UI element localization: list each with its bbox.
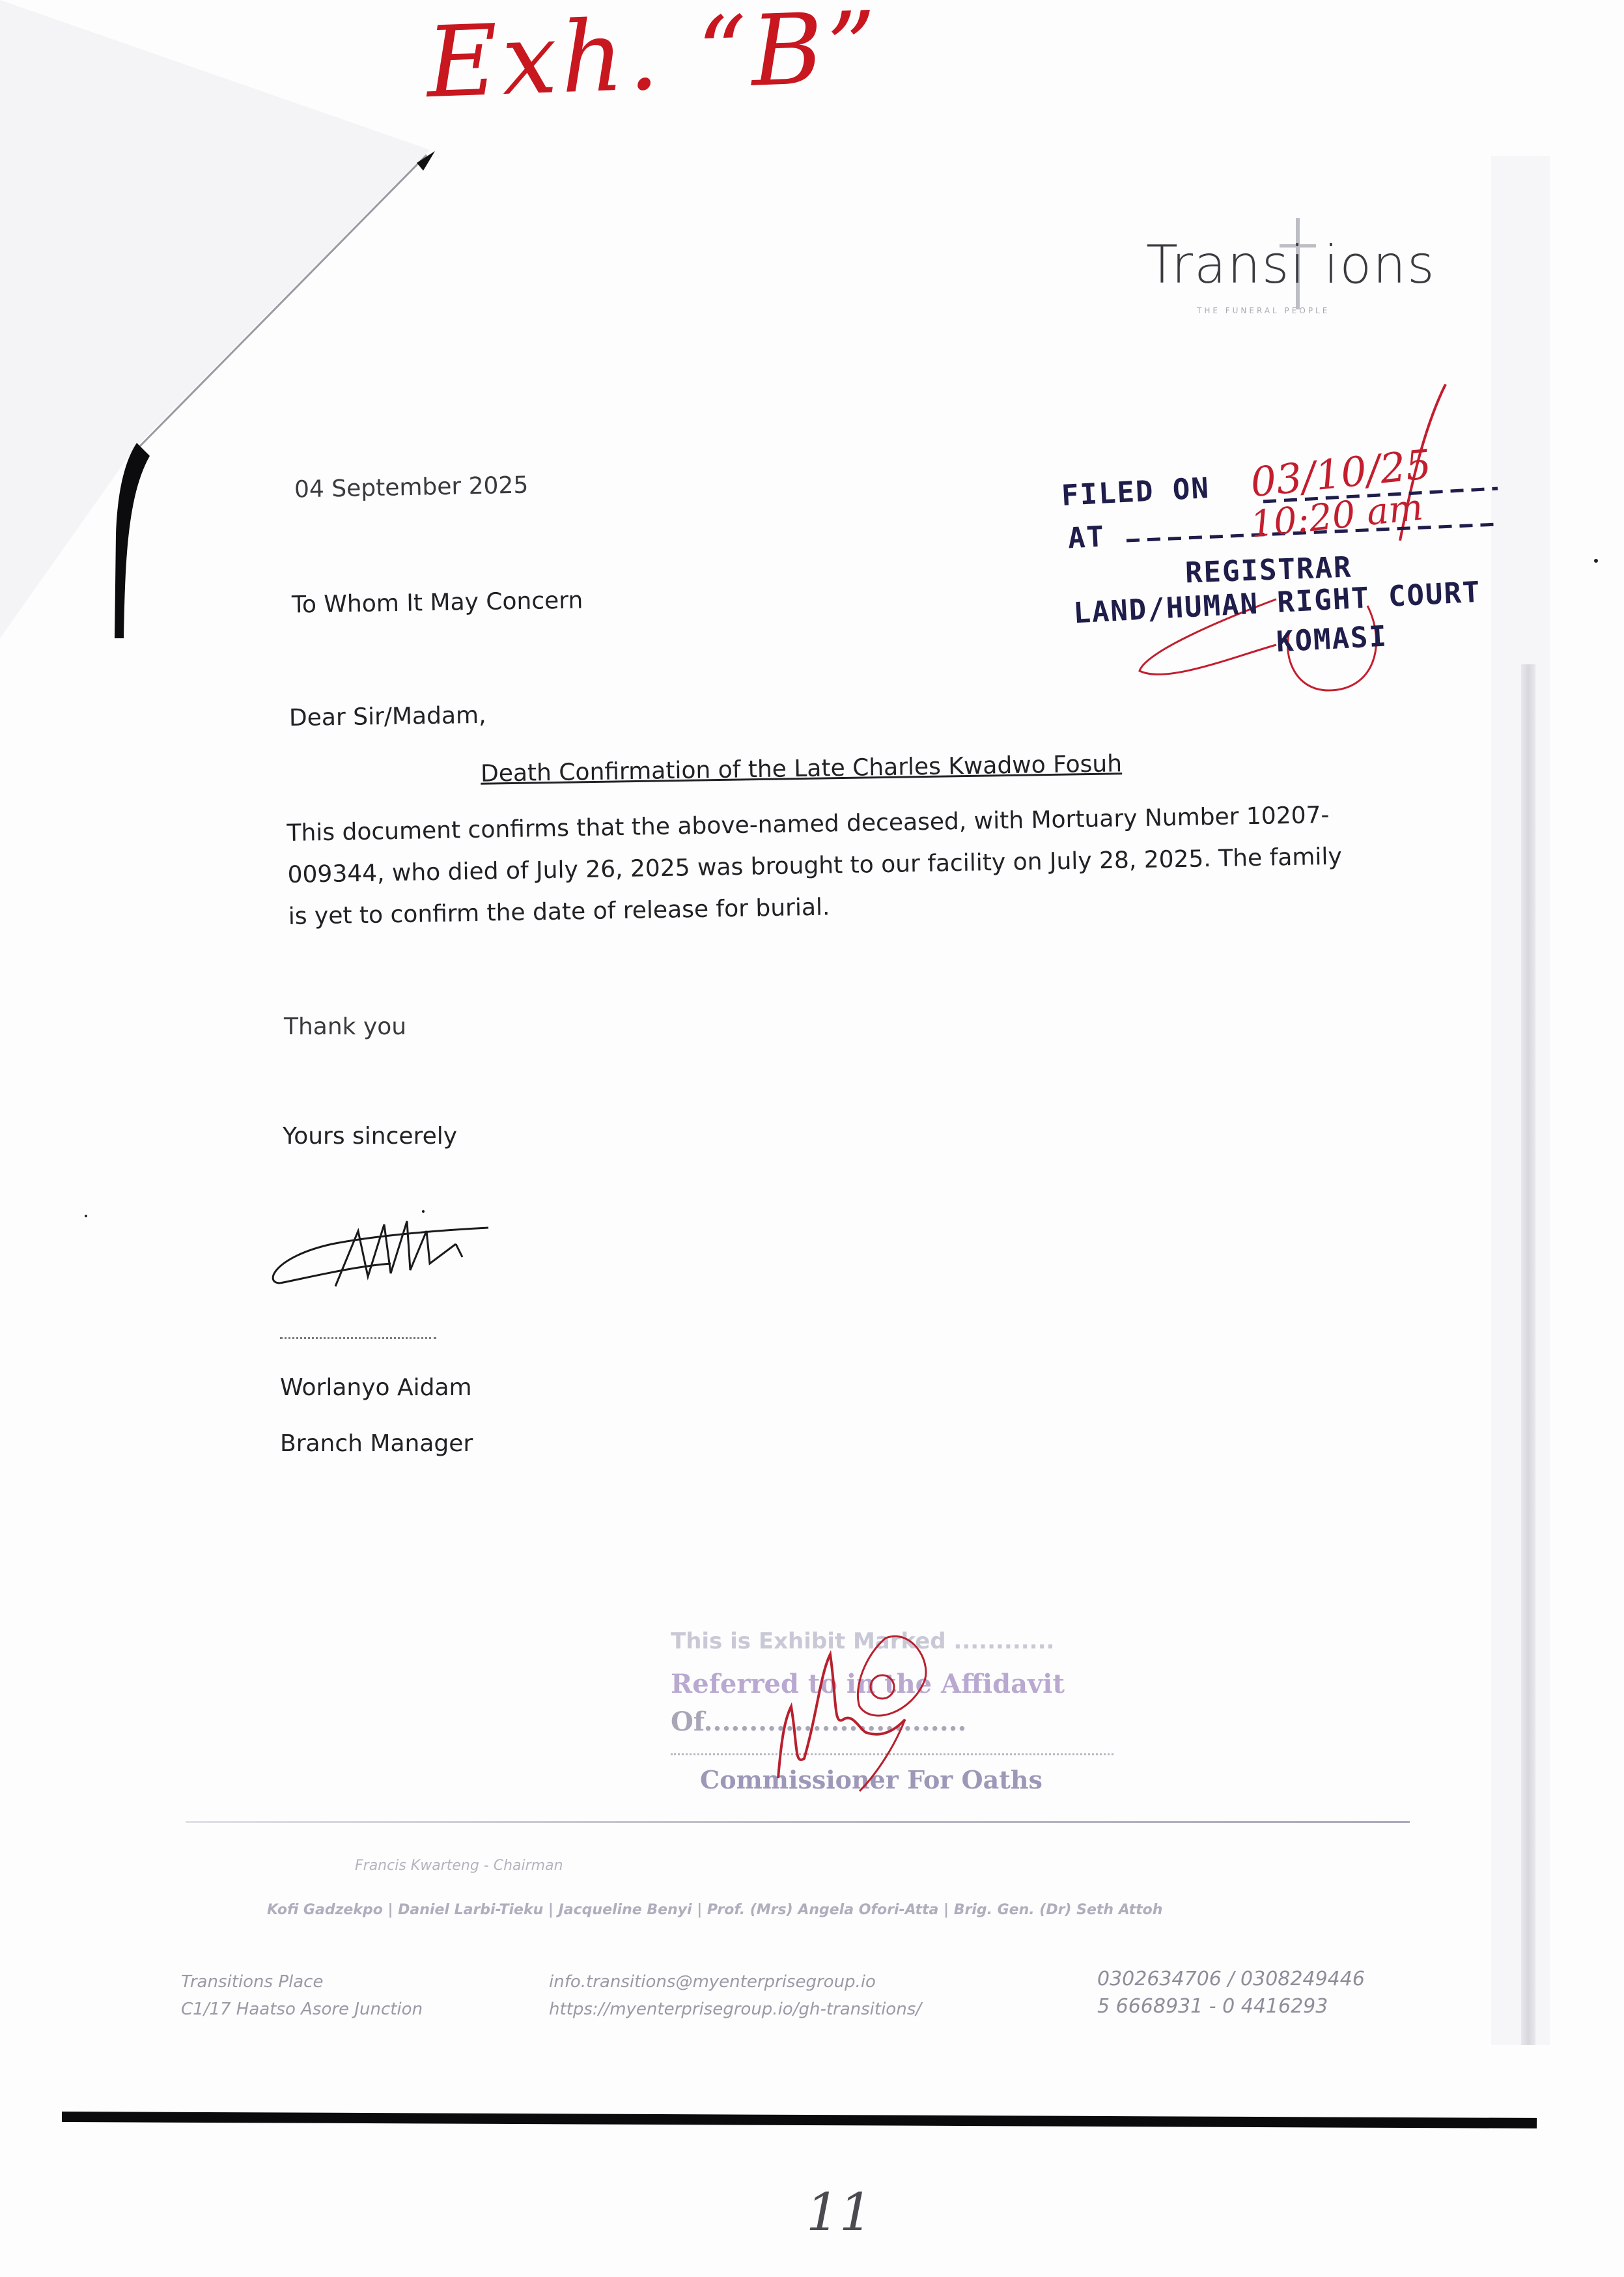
footer-phone-line-1: 0302634706 / 0308249446 [1097, 1966, 1365, 1993]
footer-phones: 0302634706 / 0308249446 5 6668931 - 0 44… [1097, 1966, 1365, 2020]
footer-address-line-2: C1/17 Haatso Asore Junction [181, 1996, 423, 2023]
letter-salutation: Dear Sir/Madam, [289, 702, 486, 731]
footer-phone-line-2: 5 6668931 - 0 4416293 [1097, 1993, 1365, 2020]
stamp-city: KOMASI [1276, 620, 1388, 659]
page-number-mark: 11 [806, 2182, 873, 2242]
scan-edge-strip [1521, 664, 1535, 2045]
company-logo: Transi ions [1146, 234, 1436, 295]
filed-at-label: AT [1067, 520, 1106, 556]
scan-speck [85, 1215, 87, 1217]
letter-recipient: To Whom It May Concern [292, 587, 583, 618]
letter-subject: Death Confirmation of the Late Charles K… [481, 750, 1123, 787]
footer-divider [186, 1821, 1410, 1823]
court-filing-stamp: 03/10/25 10:20 am FILED ON AT REGISTRAR … [1061, 384, 1504, 710]
page-fold-shadow [0, 0, 1624, 2277]
letter-closing: Yours sincerely [283, 1123, 457, 1150]
footer-email-link[interactable]: info.transitions@myenterprisegroup.io [549, 1968, 921, 1996]
exhibit-label: Exh. “B” [425, 0, 882, 112]
signature-image [260, 1205, 508, 1309]
letter-date: 04 September 2025 [294, 472, 529, 503]
page-bottom-rule [62, 2112, 1537, 2128]
footer-address: Transitions Place C1/17 Haatso Asore Jun… [181, 1968, 423, 2023]
footer-website-link[interactable]: https://myenterprisegroup.io/gh-transiti… [549, 1996, 921, 2023]
signatory-name: Worlanyo Aidam [280, 1374, 472, 1401]
footer-chairman: Francis Kwarteng - Chairman [355, 1858, 563, 1874]
footer-address-line-1: Transitions Place [181, 1968, 423, 1996]
footer-contacts: info.transitions@myenterprisegroup.io ht… [549, 1968, 921, 2023]
letter-thanks: Thank you [284, 1013, 406, 1040]
signatory-title: Branch Manager [280, 1430, 473, 1457]
commissioner-stamp: This is Exhibit Marked ............ Refe… [664, 1615, 1120, 1811]
footer-board-members: Kofi Gadzekpo | Daniel Larbi-Tieku | Jac… [267, 1902, 1162, 1918]
letter-body: This document confirms that the above-na… [287, 794, 1356, 938]
signature-line [280, 1337, 436, 1339]
scan-speck [1594, 559, 1598, 563]
company-tagline: THE FUNERAL PEOPLE [1197, 306, 1330, 315]
stamp-ink-marks [1061, 384, 1504, 710]
commissioner-signature [664, 1615, 1120, 1811]
